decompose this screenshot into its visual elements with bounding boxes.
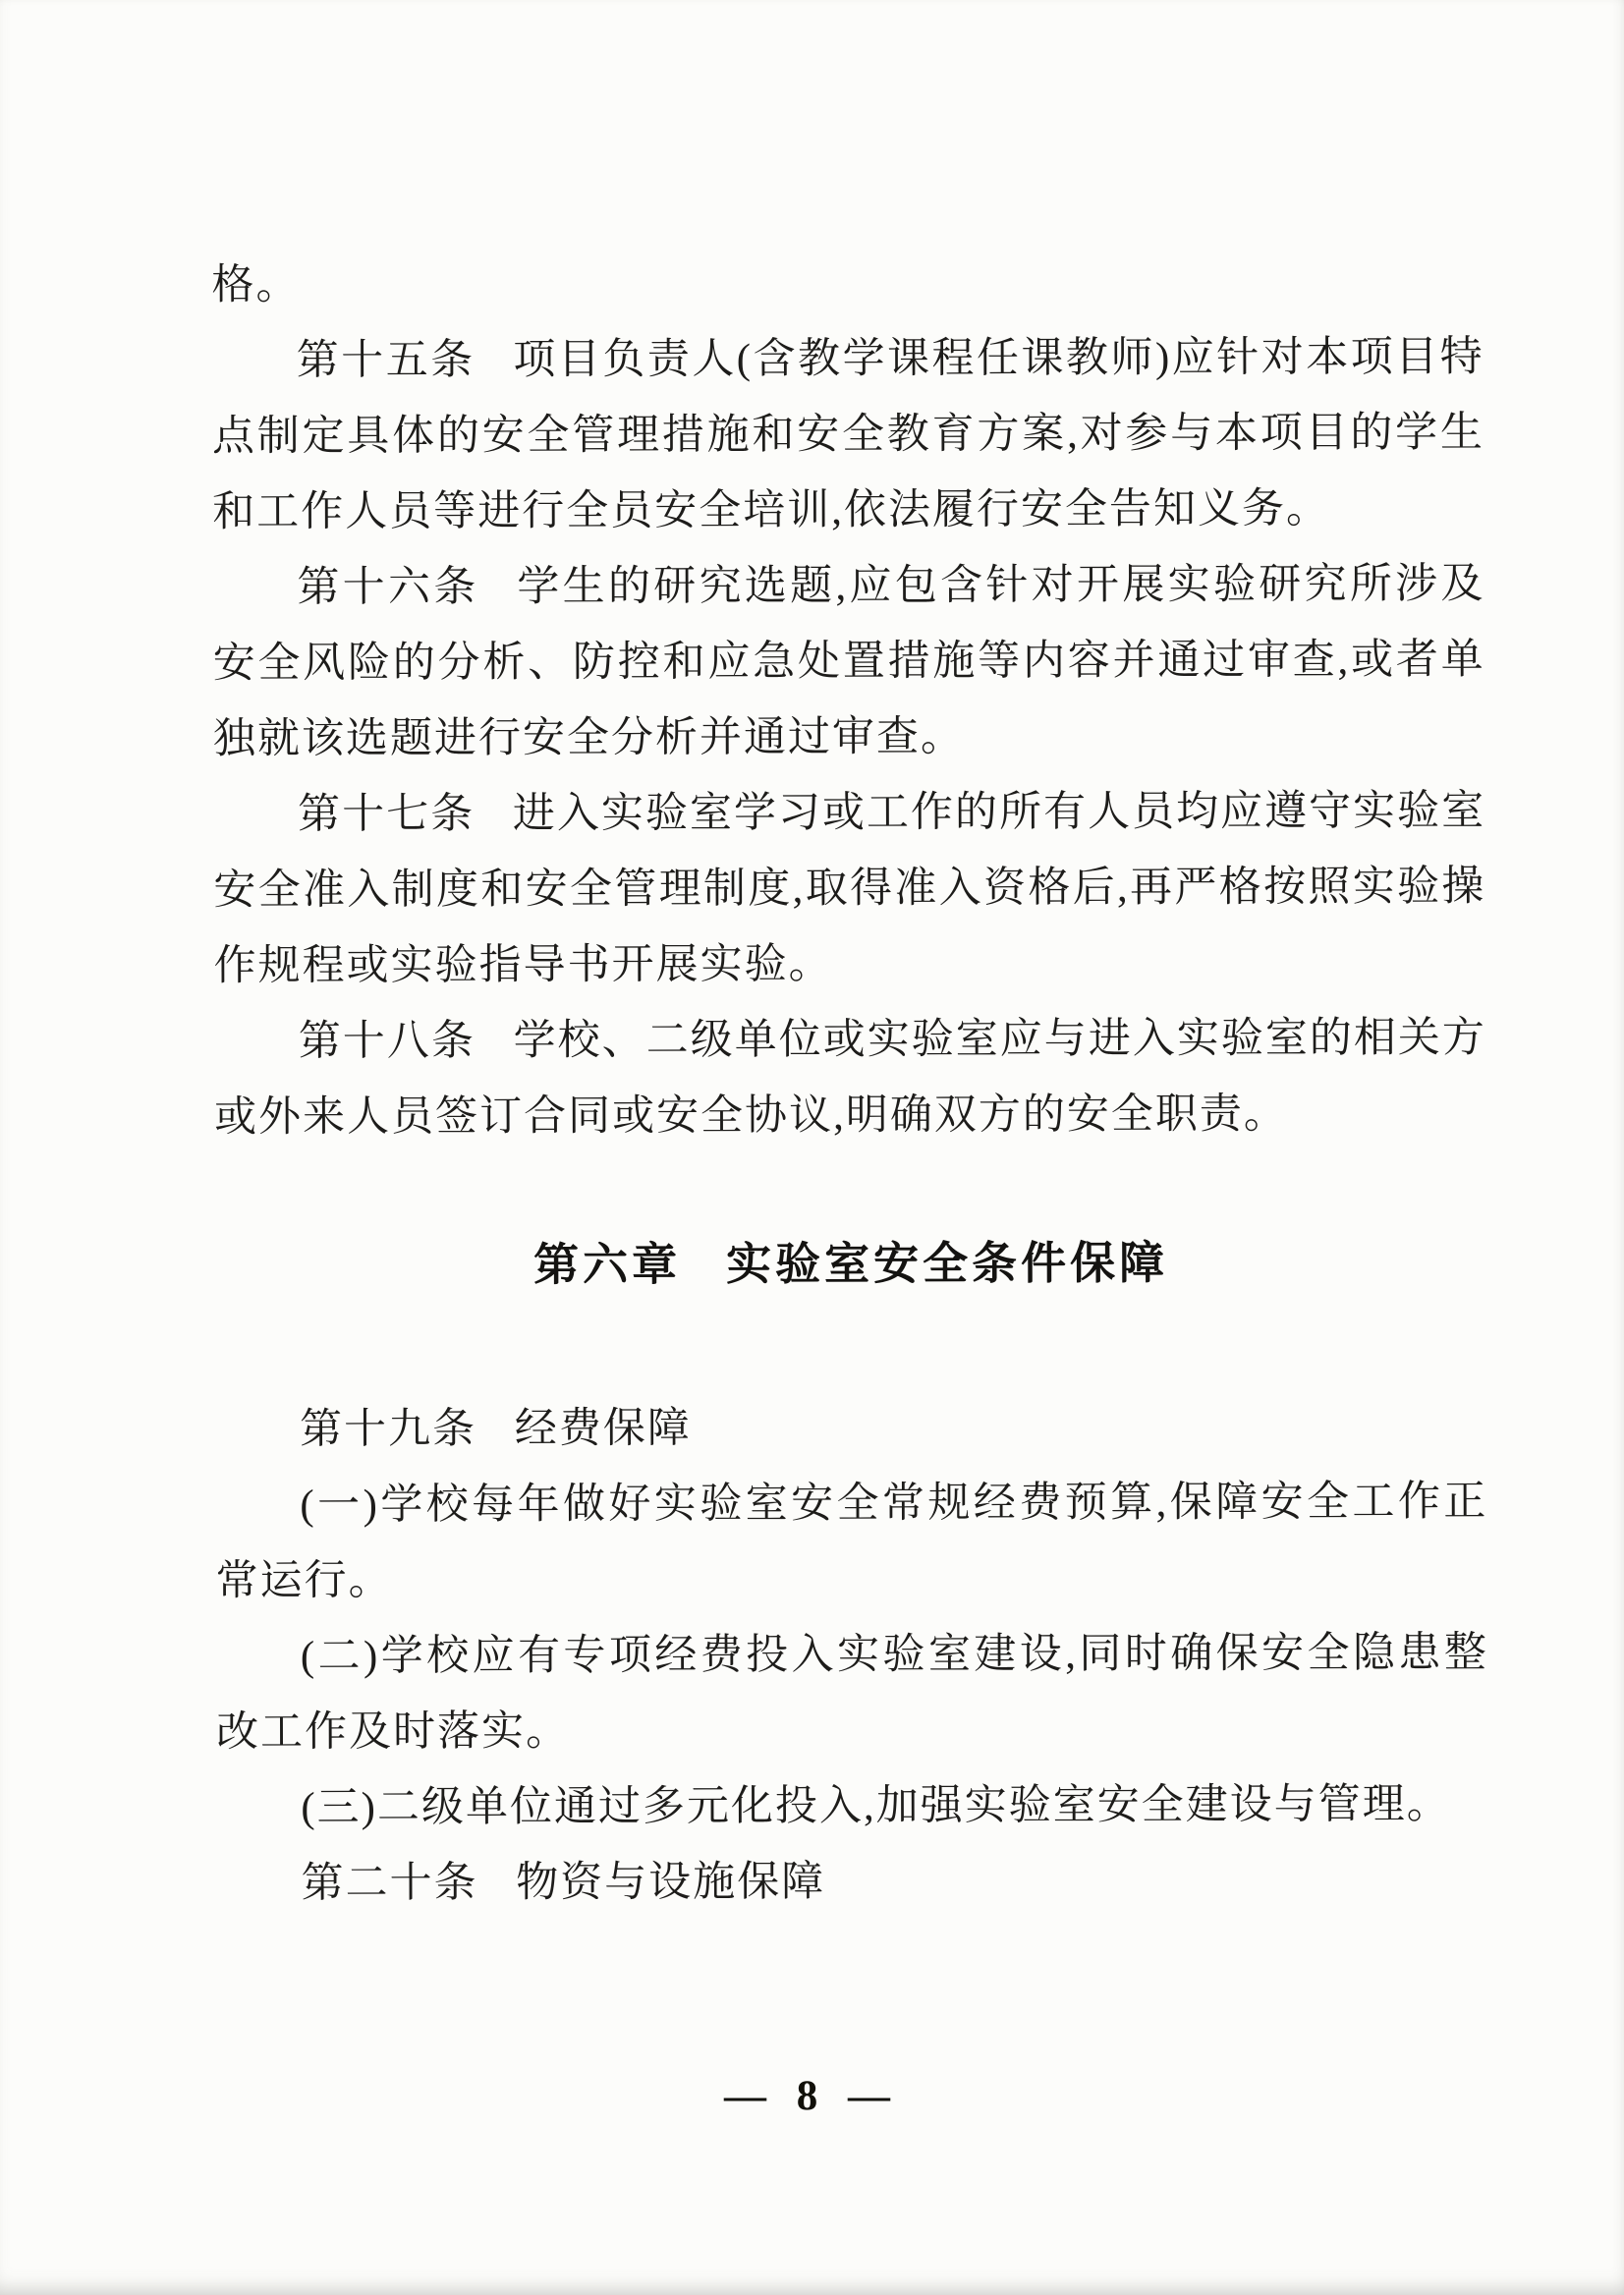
article-label: 第十八条: [299, 1018, 476, 1065]
page-number: — 8 —: [724, 2073, 900, 2119]
article-label: 第六章: [533, 1239, 681, 1290]
article-label: 第十七条: [298, 791, 475, 838]
paragraph: 第十八条学校、二级单位或实验室应与进入实验室的相关方或外来人员签订合同或安全协议…: [214, 1000, 1486, 1155]
paragraph: (三)二级单位通过多元化投入,加强实验室安全建设与管理。: [216, 1766, 1488, 1846]
chapter-heading: 第六章实验室安全条件保障: [214, 1224, 1486, 1304]
paragraph: 第十六条学生的研究选题,应包含针对开展实验研究所涉及安全风险的分析、防控和应急处…: [212, 546, 1485, 777]
paragraph: (一)学校每年做好实验室安全常规经费预算,保障安全工作正常运行。: [215, 1464, 1487, 1619]
article-label: 第十五条: [297, 337, 476, 384]
article-label: 第二十条: [301, 1860, 477, 1907]
page-footer: — 8 —: [0, 2072, 1624, 2120]
paragraph: 格。: [211, 244, 1484, 323]
paragraph: 第十五条项目负责人(含教学课程任课教师)应针对本项目特点制定具体的安全管理措施和…: [212, 319, 1485, 550]
article-label: 第十九条: [300, 1406, 476, 1453]
document-body: 格。第十五条项目负责人(含教学课程任课教师)应针对本项目特点制定具体的安全管理措…: [211, 244, 1488, 1922]
paragraph: 第十九条经费保障: [215, 1388, 1487, 1468]
paragraph: (二)学校应有专项经费投入实验室建设,同时确保安全隐患整改工作及时落实。: [216, 1615, 1488, 1770]
paragraph: 第十七条进入实验室学习或工作的所有人员均应遵守实验室安全准入制度和安全管理制度,…: [213, 773, 1486, 1004]
article-label: 第十六条: [297, 564, 478, 611]
document-page: 格。第十五条项目负责人(含教学课程任课教师)应针对本项目特点制定具体的安全管理措…: [0, 0, 1624, 2295]
paragraph: 第二十条物资与设施保障: [216, 1842, 1488, 1922]
